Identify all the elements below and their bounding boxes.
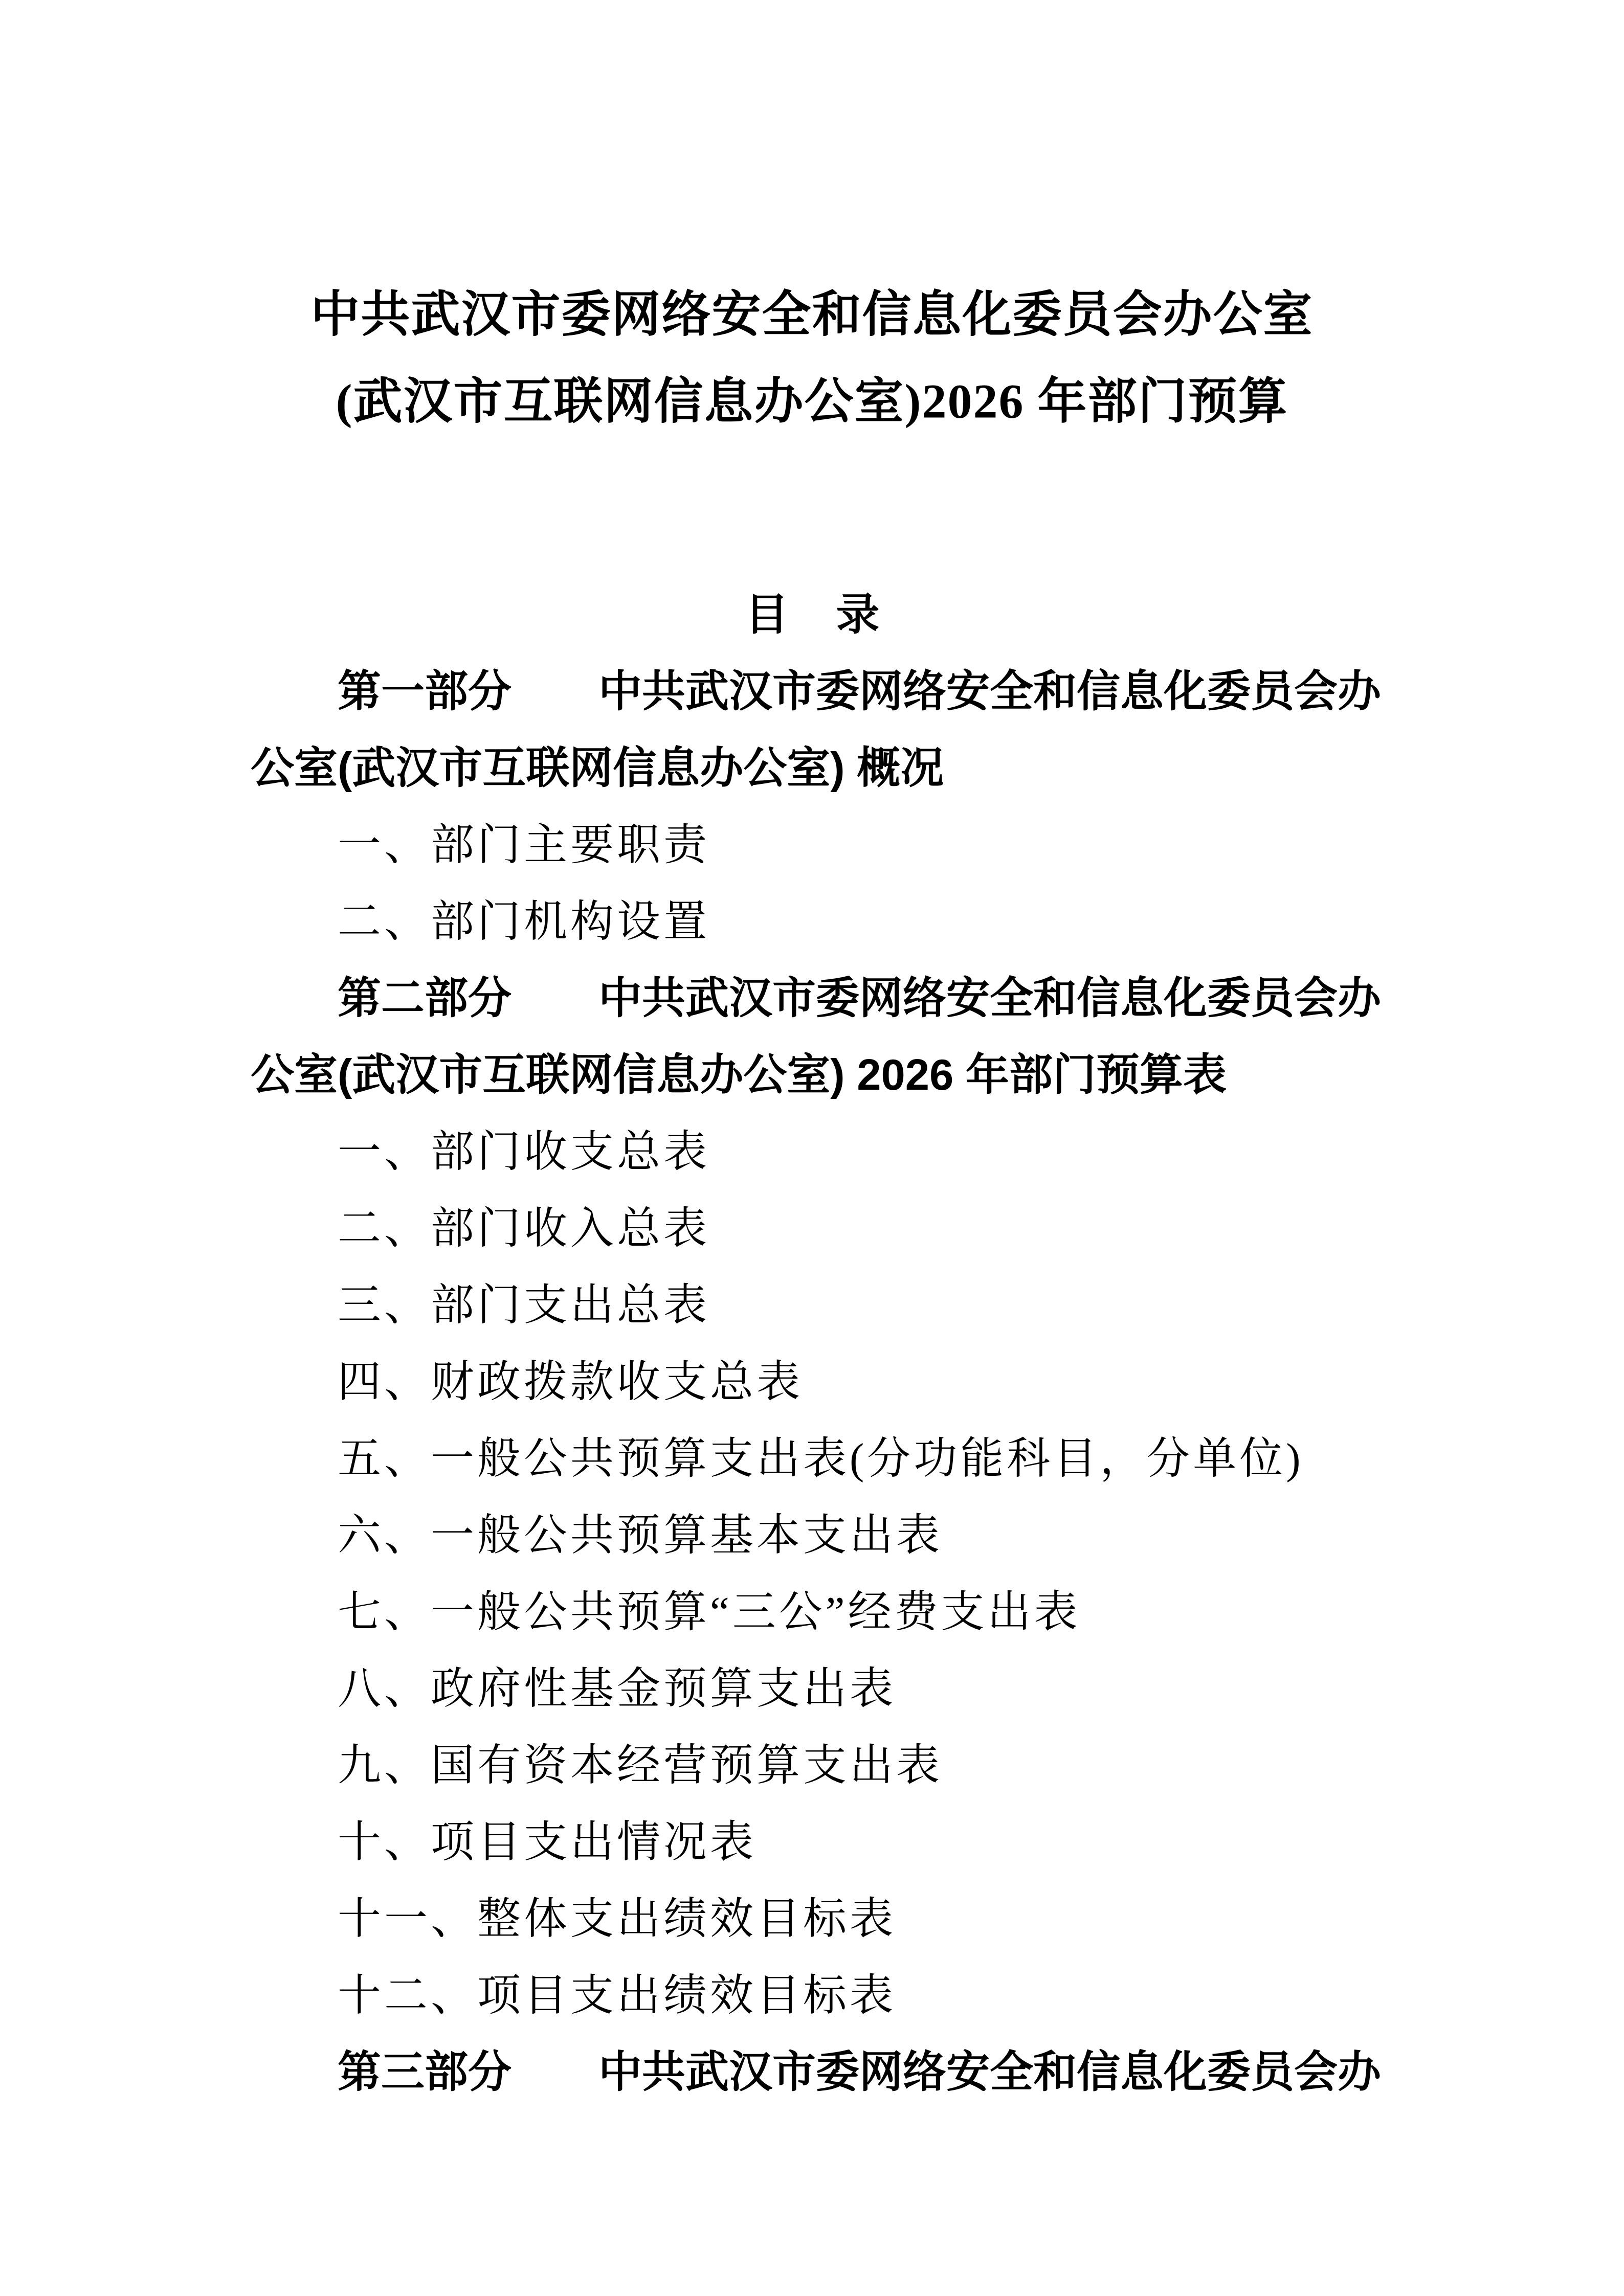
table-of-contents: 目 录 第一部分 中共武汉市委网络安全和信息化委员会办公室(武汉市互联网信息办公… [0, 577, 1624, 2111]
toc-item-line: 八、政府性基金预算支出表 [251, 1651, 1376, 1727]
document-title-line2: (武汉市互联网信息办公室)2026 年部门预算 [0, 358, 1624, 445]
toc-item-line: 五、一般公共预算支出表(分功能科目，分单位) [251, 1421, 1376, 1497]
toc-item-line: 一、部门主要职责 [251, 807, 1376, 884]
document-title-line1: 中共武汉市委网络安全和信息化委员会办公室 [0, 271, 1624, 358]
toc-item-line: 九、国有资本经营预算支出表 [251, 1727, 1376, 1804]
toc-item-line: 六、一般公共预算基本支出表 [251, 1497, 1376, 1574]
toc-section-line: 第三部分 中共武汉市委网络安全和信息化委员会办 [251, 2034, 1376, 2111]
toc-item-line: 十一、整体支出绩效目标表 [251, 1881, 1376, 1957]
toc-section-line: 公室(武汉市互联网信息办公室) 2026 年部门预算表 [251, 1037, 1376, 1114]
toc-item-line: 七、一般公共预算“三公”经费支出表 [251, 1574, 1376, 1651]
toc-item-line: 三、部门支出总表 [251, 1267, 1376, 1344]
document-title: 中共武汉市委网络安全和信息化委员会办公室 (武汉市互联网信息办公室)2026 年… [0, 0, 1624, 445]
toc-section-line: 公室(武汉市互联网信息办公室) 概况 [251, 730, 1376, 807]
toc-item-line: 二、部门收入总表 [251, 1190, 1376, 1267]
toc-section-line: 第一部分 中共武汉市委网络安全和信息化委员会办 [251, 654, 1376, 730]
document-page: 中共武汉市委网络安全和信息化委员会办公室 (武汉市互联网信息办公室)2026 年… [0, 0, 1624, 2296]
toc-item-line: 二、部门机构设置 [251, 884, 1376, 960]
toc-item-line: 一、部门收支总表 [251, 1114, 1376, 1190]
toc-heading: 目 录 [251, 577, 1376, 654]
toc-item-line: 十、项目支出情况表 [251, 1804, 1376, 1881]
toc-item-line: 四、财政拨款收支总表 [251, 1344, 1376, 1421]
toc-section-line: 第二部分 中共武汉市委网络安全和信息化委员会办 [251, 960, 1376, 1037]
toc-item-line: 十二、项目支出绩效目标表 [251, 1957, 1376, 2034]
